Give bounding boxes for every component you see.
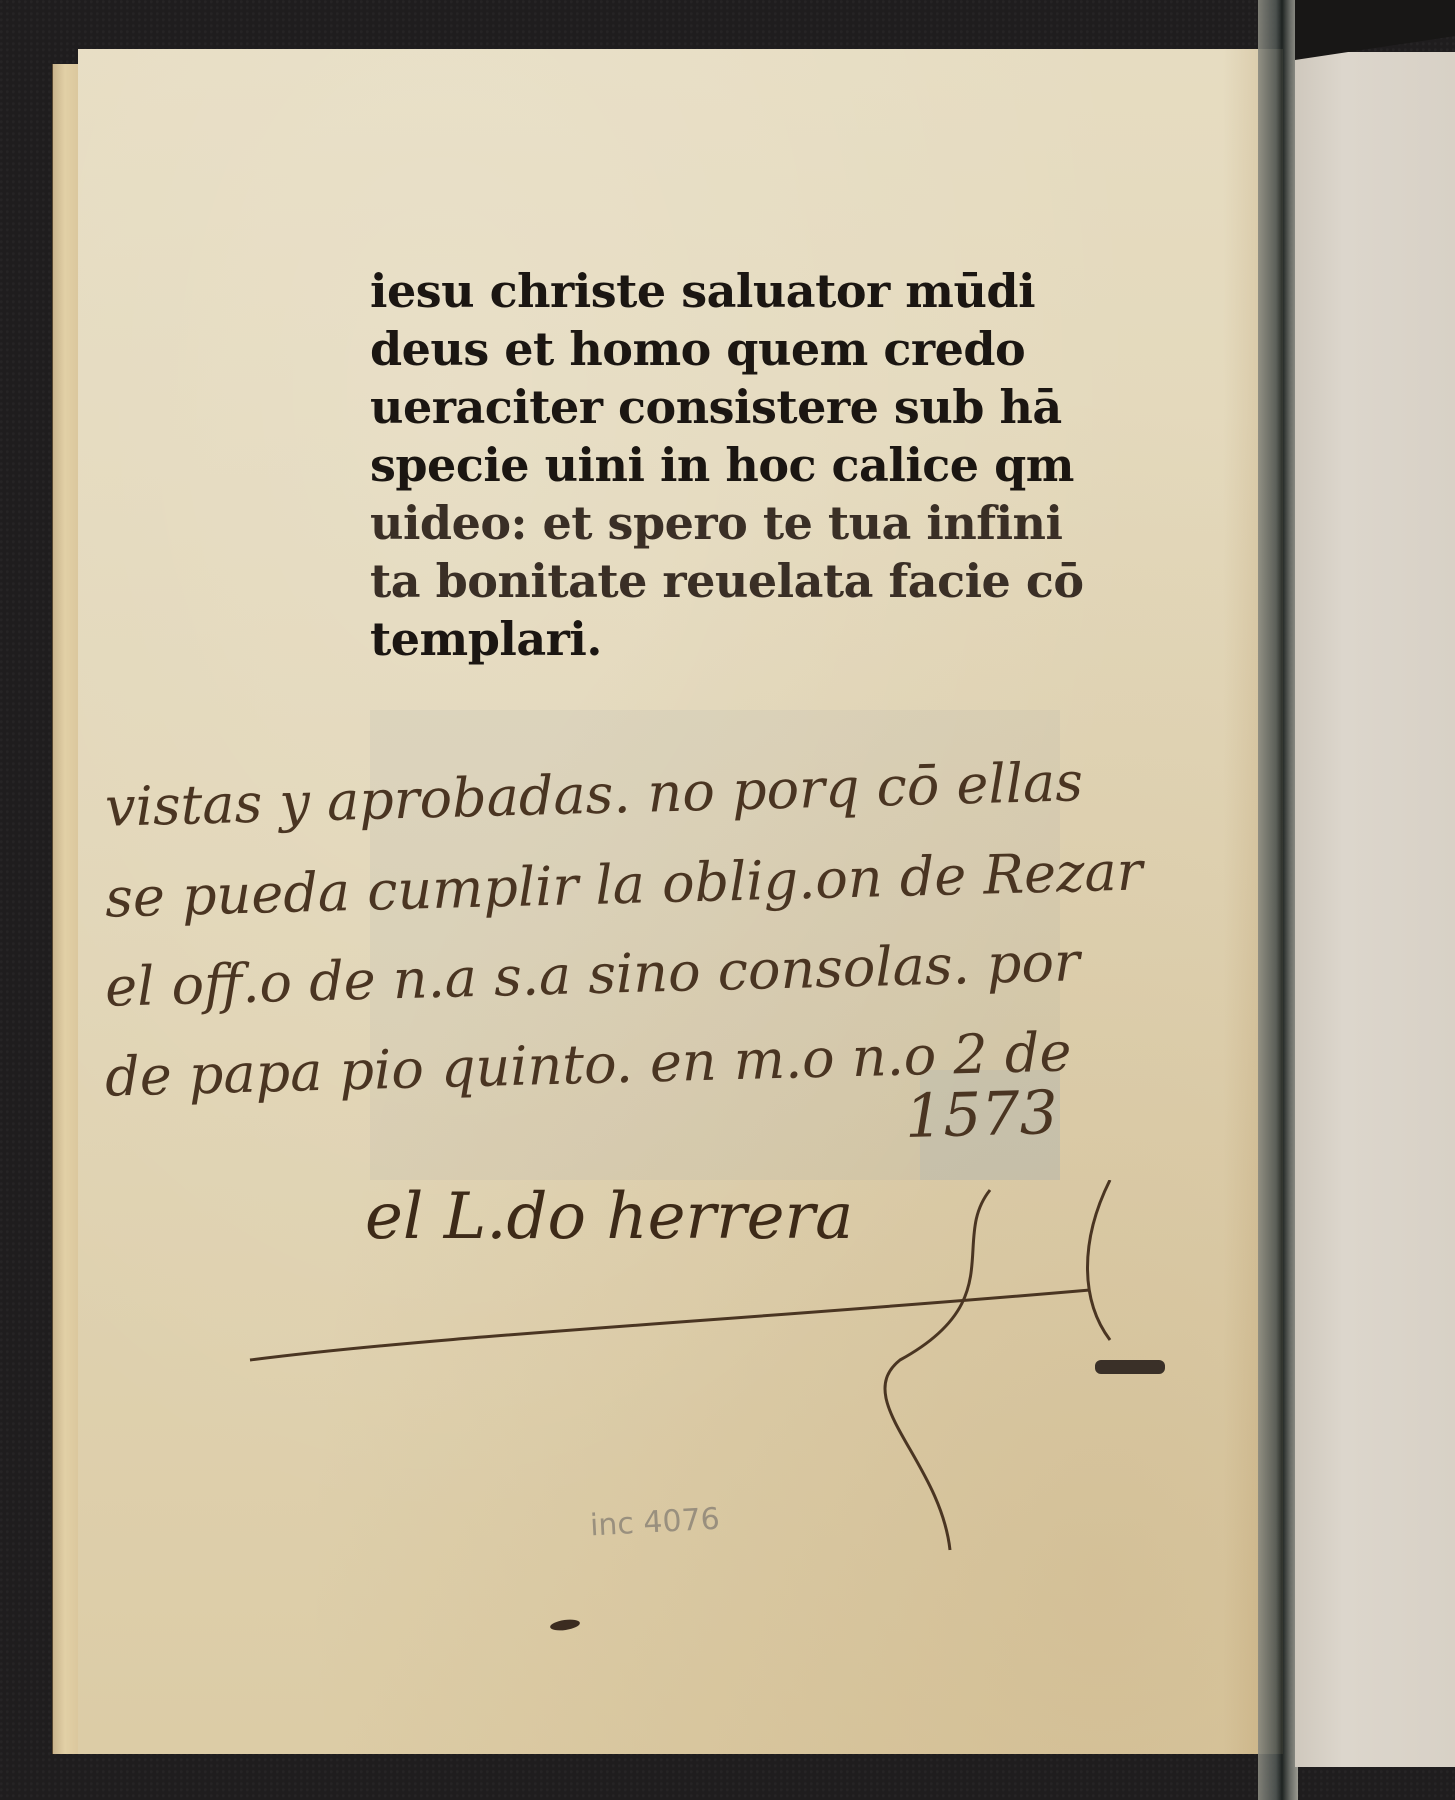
printed-line: specie uini in hoc calice qm <box>370 436 1084 494</box>
printed-line: iesu christe saluator mūdi <box>370 262 1084 320</box>
printed-line: ueraciter consistere sub hā <box>370 378 1084 436</box>
ink-mark <box>1095 1360 1165 1374</box>
printed-line: deus et homo quem credo <box>370 320 1084 378</box>
pen-stroke <box>830 1180 1130 1560</box>
glass-plate-gutter <box>1258 0 1298 1800</box>
printed-line: ta bonitate reuelata facie cō <box>370 552 1084 610</box>
signature: el L.do herrera <box>365 1180 853 1254</box>
printed-line: templari. <box>370 610 1084 668</box>
printed-text-block: iesu christe saluator mūdi deus et homo … <box>370 262 1084 668</box>
handwritten-year: 1573 <box>904 1083 1058 1147</box>
facing-page <box>1295 52 1455 1767</box>
pencil-shelfmark: inc 4076 <box>589 1502 720 1544</box>
printed-line: uideo: et spero te tua infini <box>370 494 1084 552</box>
